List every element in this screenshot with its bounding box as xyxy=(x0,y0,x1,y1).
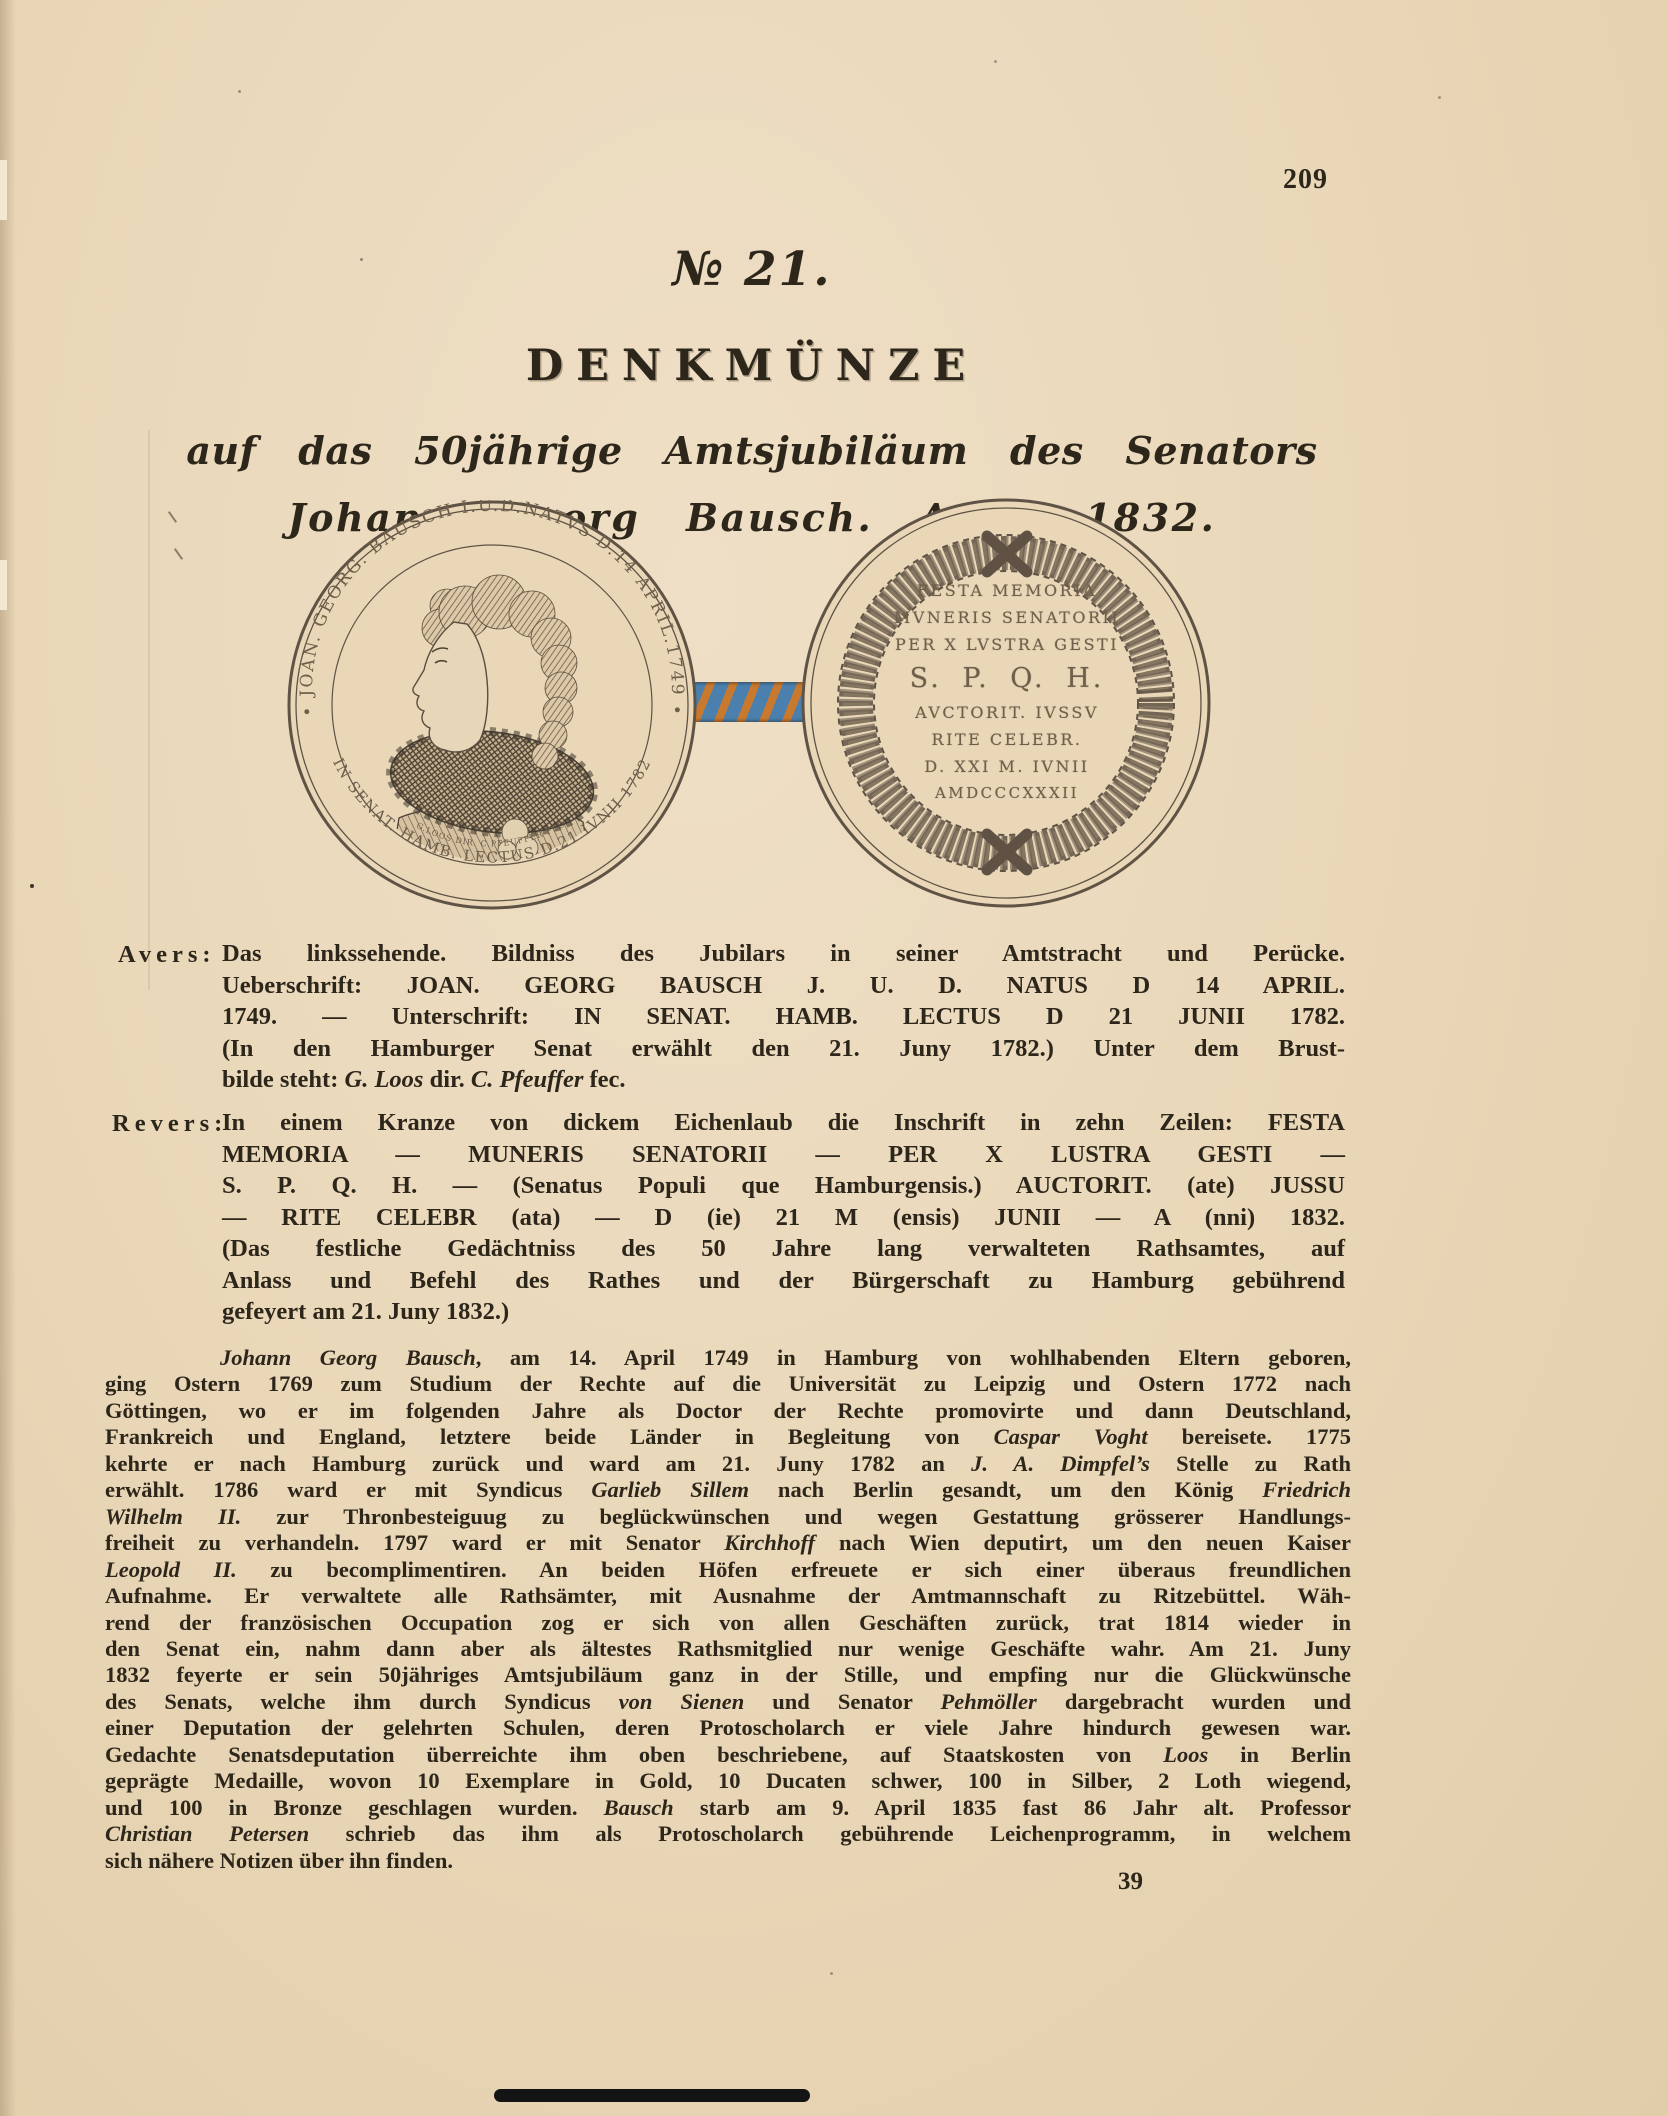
scan-artifact xyxy=(0,160,7,220)
avers-description: Das linkssehende. Bildniss des Jubilars … xyxy=(222,938,1345,1096)
page-title: DENKMÜNZE xyxy=(130,341,1374,391)
text-line: AMDCCCXXXII xyxy=(883,780,1131,807)
text-line: D. XXI M. IVNII xyxy=(883,753,1131,780)
text-line: ging Ostern 1769 zum Studium der Rechte … xyxy=(105,1371,1351,1397)
text-line: kehrte er nach Hamburg zurück und ward a… xyxy=(105,1451,1351,1477)
text-line: Göttingen, wo er im folgenden Jahre als … xyxy=(105,1398,1351,1424)
text-line: bilde steht: G. Loos dir. C. Pfeuffer fe… xyxy=(222,1064,1345,1096)
text-line: Aufnahme. Er verwaltete alle Rathsämter,… xyxy=(105,1583,1351,1609)
medal-ribbon xyxy=(693,682,809,722)
text-line: erwählt. 1786 ward er mit Syndicus Garli… xyxy=(105,1477,1351,1503)
revers-label: Revers: xyxy=(112,1110,227,1138)
text-line: Leopold II. zu becomplimentiren. An beid… xyxy=(105,1557,1351,1583)
text-line: und 100 in Bronze geschlagen wurden. Bau… xyxy=(105,1795,1351,1821)
scan-artifact xyxy=(238,90,241,93)
text-line: RITE CELEBR. xyxy=(883,726,1131,753)
medal-revers-inscription: FESTA MEMORIAMVNERIS SENATORIIPER X LVST… xyxy=(883,577,1131,807)
page-number: 209 xyxy=(1283,164,1328,196)
biography-paragraph: Johann Georg Bausch, am 14. April 1749 i… xyxy=(105,1345,1351,1874)
text-line: S. P. Q. H. xyxy=(883,662,1131,696)
text-line: Johann Georg Bausch, am 14. April 1749 i… xyxy=(105,1345,1351,1371)
text-line: freiheit zu verhandeln. 1797 ward er mit… xyxy=(105,1530,1351,1556)
page-edge-shadow xyxy=(0,0,16,2116)
text-line: Ueberschrift: JOAN. GEORG BAUSCH J. U. D… xyxy=(222,970,1345,1002)
text-line: MVNERIS SENATORII xyxy=(883,604,1131,631)
scan-artifact xyxy=(30,884,34,888)
text-line: AVCTORIT. IVSSV xyxy=(883,699,1131,726)
text-line: Das linkssehende. Bildniss des Jubilars … xyxy=(222,938,1345,970)
text-line: Frankreich und England, letztere beide L… xyxy=(105,1424,1351,1450)
text-line: Anlass und Befehl des Rathes und der Bür… xyxy=(222,1265,1345,1297)
scan-artifact xyxy=(994,60,997,63)
text-line: gefeyert am 21. Juny 1832.) xyxy=(222,1296,1345,1328)
text-line: — RITE CELEBR (ata) — D (ie) 21 M (ensis… xyxy=(222,1202,1345,1234)
text-line: In einem Kranze von dickem Eichenlaub di… xyxy=(222,1107,1345,1139)
text-line: den Senat ein, nahm dann aber als ältest… xyxy=(105,1636,1351,1662)
subtitle-line-1: auf das 50jährige Amtsjubiläum des Senat… xyxy=(130,428,1374,473)
text-line: FESTA MEMORIA xyxy=(883,577,1131,604)
entry-number: № 21. xyxy=(130,242,1374,297)
text-line: einer Deputation der gelehrten Schulen, … xyxy=(105,1715,1351,1741)
text-line: rend der französischen Occupation zog er… xyxy=(105,1610,1351,1636)
scan-bar-artifact xyxy=(494,2089,810,2102)
text-line: (Das festliche Gedächtniss des 50 Jahre … xyxy=(222,1233,1345,1265)
text-line: des Senats, welche ihm durch Syndicus vo… xyxy=(105,1689,1351,1715)
text-line: Christian Petersen schrieb das ihm als P… xyxy=(105,1821,1351,1847)
signature-number: 39 xyxy=(1118,1868,1143,1896)
revers-description: In einem Kranze von dickem Eichenlaub di… xyxy=(222,1107,1345,1328)
scan-artifact xyxy=(1438,96,1441,99)
text-line: PER X LVSTRA GESTI xyxy=(883,631,1131,658)
avers-label: Avers: xyxy=(118,941,216,969)
scan-artifact xyxy=(174,548,183,560)
text-line: 1832 feyerte er sein 50jähriges Amtsjubi… xyxy=(105,1662,1351,1688)
text-line: sich nähere Notizen über ihn finden. xyxy=(105,1848,1351,1874)
text-line: S. P. Q. H. — (Senatus Populi que Hambur… xyxy=(222,1170,1345,1202)
text-line: Wilhelm II. zur Thronbesteiguug zu beglü… xyxy=(105,1504,1351,1530)
text-line: (In den Hamburger Senat erwählt den 21. … xyxy=(222,1033,1345,1065)
text-line: MEMORIA — MUNERIS SENATORII — PER X LUST… xyxy=(222,1139,1345,1171)
scanned-book-page: 209 № 21. DENKMÜNZE auf das 50jährige Am… xyxy=(0,0,1668,2116)
scan-artifact xyxy=(830,1972,833,1975)
scan-artifact xyxy=(0,560,7,610)
text-line: geprägte Medaille, wovon 10 Exemplare in… xyxy=(105,1768,1351,1794)
text-line: 1749. — Unterschrift: IN SENAT. HAMB. LE… xyxy=(222,1001,1345,1033)
medal-avers-engraving: • JOAN. GEORG. BAUSCH I.U.D.NATVS D.14 A… xyxy=(287,500,697,910)
text-line: Gedachte Senatsdeputation überreichte ih… xyxy=(105,1742,1351,1768)
